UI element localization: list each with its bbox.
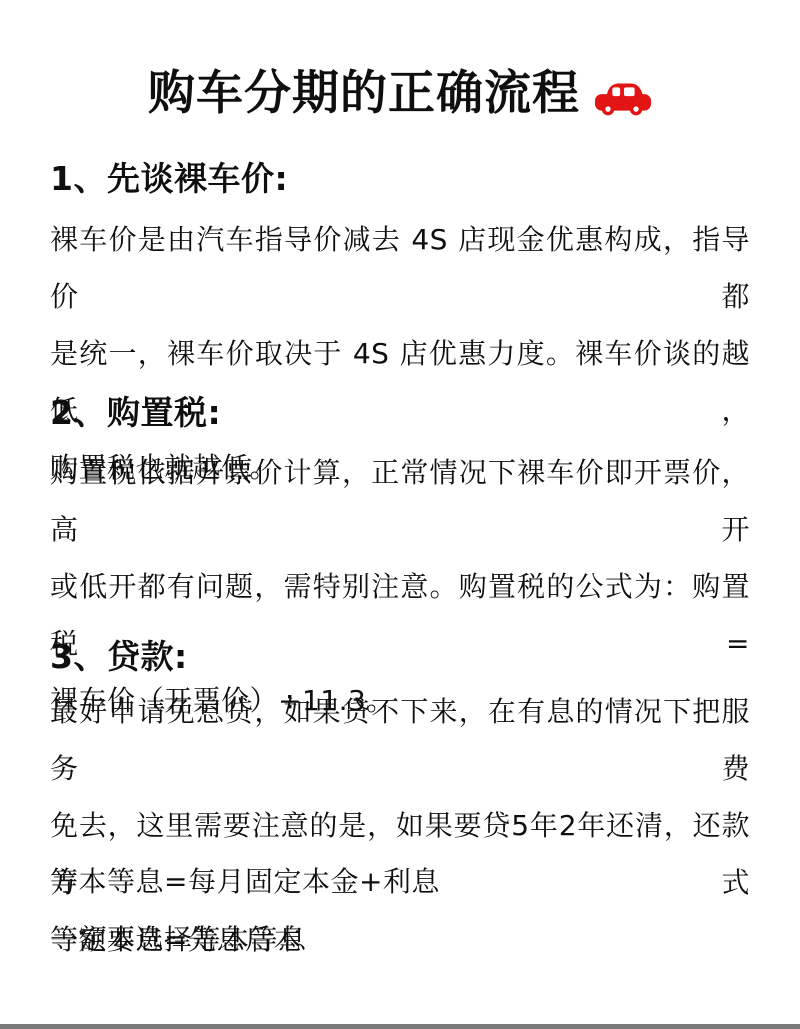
bottom-divider-bar xyxy=(0,1024,800,1029)
section-2-heading: 2、购置税: xyxy=(50,395,221,431)
page-title: 购车分期的正确流程 xyxy=(148,68,580,120)
formula-equal-principal-interest: 等本等息=每月固定本金+利息 xyxy=(50,853,750,910)
section-1-line-1: 裸车价是由汽车指导价减去 4S 店现金优惠构成，指导价都 xyxy=(50,211,750,325)
formula-equal-installment: 等额本息=先息后本 xyxy=(50,911,750,968)
section-2-line-1: 购置税依据开票价计算，正常情况下裸车价即开票价，高开 xyxy=(50,444,750,558)
section-3-line-1: 最好申请免息贷，如果贷不下来，在有息的情况下把服务费 xyxy=(50,683,750,797)
article-page: 购车分期的正确流程 1、先谈裸车价: 裸车价是由汽车指导价减去 4S 店现金优惠… xyxy=(0,0,800,1029)
page-title-row: 购车分期的正确流程 xyxy=(0,68,800,120)
section-1-heading: 1、先谈裸车价: xyxy=(50,161,288,197)
section-3-heading: 3、贷款: xyxy=(50,639,188,675)
car-icon xyxy=(594,78,652,118)
